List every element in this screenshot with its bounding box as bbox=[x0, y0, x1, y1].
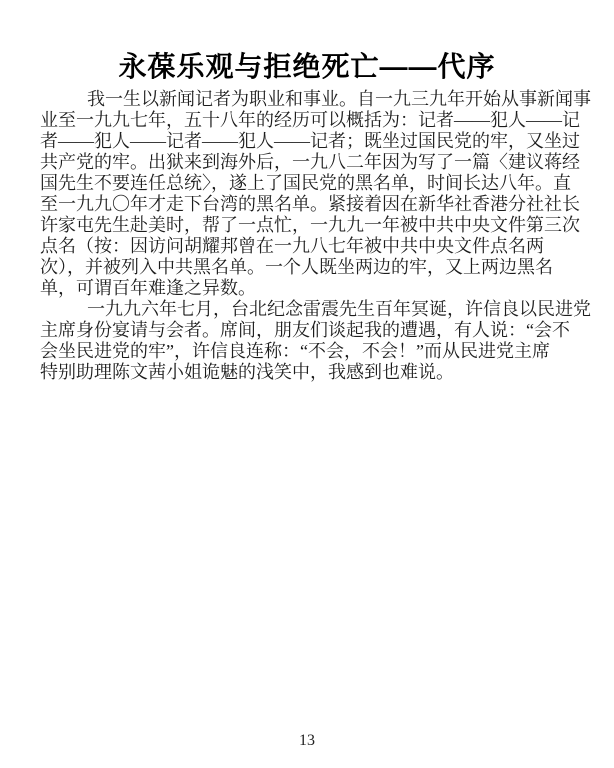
text-line: 特别助理陈文茜小姐诡魅的浅笑中，我感到也难说。 bbox=[40, 362, 584, 383]
text-line: 业至一九九七年，五十八年的经历可以概括为：记者——犯人——记 bbox=[40, 110, 584, 131]
text-line: 国先生不要连任总统〉，遂上了国民党的黑名单，时间长达八年。直 bbox=[40, 173, 584, 194]
text-line: 者——犯人——记者——犯人——记者；既坐过国民党的牢，又坐过 bbox=[40, 131, 584, 152]
document-page: 永葆乐观与拒绝死亡——代序 我一生以新闻记者为职业和事业。自一九三九年开始从事新… bbox=[0, 0, 614, 768]
text-line: 次），并被列入中共黑名单。一个人既坐两边的牢，又上两边黑名 bbox=[40, 257, 584, 278]
text-line: 主席身份宴请与会者。席间，朋友们谈起我的遭遇，有人说：“会不 bbox=[40, 320, 584, 341]
text-line: 我一生以新闻记者为职业和事业。自一九三九年开始从事新闻事 bbox=[40, 89, 584, 110]
text-line: 许家屯先生赴美时，帮了一点忙，一九九一年被中共中央文件第三次 bbox=[40, 215, 584, 236]
text-line: 点名（按：因访问胡耀邦曾在一九八七年被中共中央文件点名两 bbox=[40, 236, 584, 257]
page-number: 13 bbox=[0, 731, 614, 751]
document-body: 我一生以新闻记者为职业和事业。自一九三九年开始从事新闻事业至一九九七年，五十八年… bbox=[0, 84, 614, 383]
text-line: 会坐民进党的牢”，许信良连称：“不会，不会！”而从民进党主席 bbox=[40, 341, 584, 362]
text-line: 一九九六年七月，台北纪念雷震先生百年冥诞，许信良以民进党 bbox=[40, 299, 584, 320]
text-line: 共产党的牢。出狱来到海外后，一九八二年因为写了一篇〈建议蒋经 bbox=[40, 152, 584, 173]
text-line: 至一九九〇年才走下台湾的黑名单。紧接着因在新华社香港分社社长 bbox=[40, 194, 584, 215]
document-title: 永葆乐观与拒绝死亡——代序 bbox=[0, 0, 614, 84]
text-line: 单，可谓百年难逢之异数。 bbox=[40, 278, 584, 299]
